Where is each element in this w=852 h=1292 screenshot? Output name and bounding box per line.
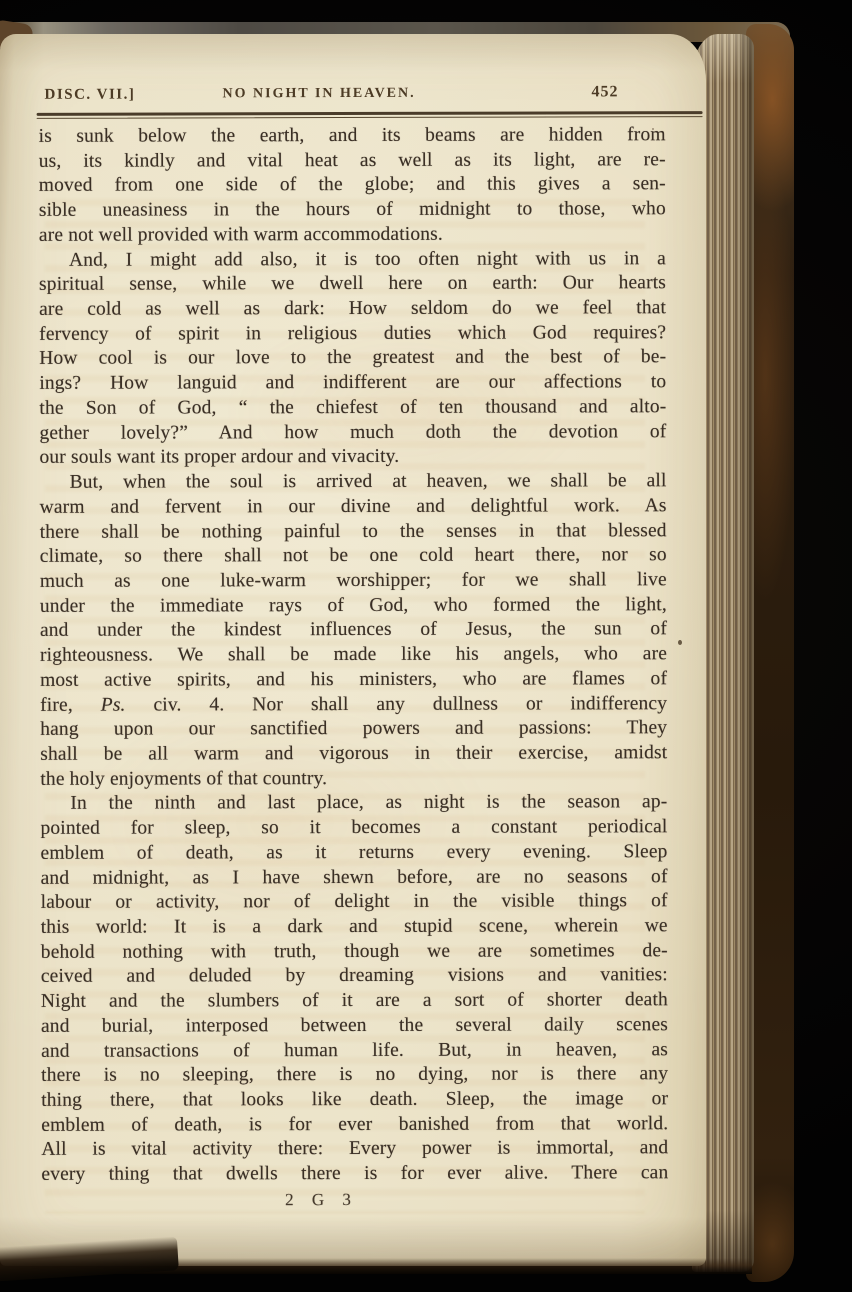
- text-line: there shall be nothing painful to the se…: [40, 519, 667, 545]
- header-discourse-label: DISC. VII.]: [45, 87, 136, 104]
- text-line: climate, so there shall not be one cold …: [40, 543, 667, 569]
- text-line: moved from one side of the globe; and th…: [39, 173, 666, 199]
- text-line: and midnight, as I have shewn before, ar…: [41, 865, 668, 891]
- text-line: All is vital activity there: Every power…: [41, 1137, 668, 1163]
- text-line: under the immediate rays of God, who for…: [40, 593, 667, 619]
- rule-thick-line: [37, 111, 703, 115]
- paper-speck: [678, 640, 682, 645]
- text-line: Night and the slumbers of it are a sort …: [41, 988, 668, 1014]
- text-line: pointed for sleep, so it becomes a const…: [40, 815, 667, 841]
- text-line: most active spirits, and his ministers, …: [40, 667, 667, 693]
- text-line: thing there, that looks like death. Slee…: [41, 1087, 668, 1113]
- text-line: In the ninth and last place, as night is…: [40, 791, 667, 817]
- text-line: sible uneasiness in the hours of midnigh…: [39, 197, 666, 223]
- signature-mark: 2 G 3: [41, 1189, 601, 1214]
- text-line: labour or activity, nor of delight in th…: [41, 889, 668, 915]
- header-page-number: 452: [592, 83, 619, 101]
- text-line: spiritual sense, while we dwell here on …: [39, 271, 666, 297]
- text-line: and transactions of human life. But, in …: [41, 1038, 668, 1064]
- text-line: warm and fervent in our divine and delig…: [40, 494, 667, 520]
- running-head: DISC. VII.] NO NIGHT IN HEAVEN. 452: [45, 85, 619, 113]
- page-content: DISC. VII.] NO NIGHT IN HEAVEN. 452 is s…: [0, 33, 708, 1267]
- text-line: much as one luke-warm worshipper; for we…: [40, 568, 667, 594]
- text-line: ings? How languid and indifferent are ou…: [39, 370, 666, 396]
- text-line: our souls want its proper ardour and viv…: [39, 445, 666, 471]
- text-line: and under the kindest influences of Jesu…: [40, 618, 667, 644]
- header-running-title: NO NIGHT IN HEAVEN.: [223, 86, 416, 103]
- text-line: every thing that dwells there is for eve…: [41, 1161, 668, 1187]
- text-line: there is no sleeping, there is no dying,…: [41, 1062, 668, 1088]
- text-line: fire, Ps. civ. 4. Nor shall any dullness…: [40, 692, 667, 718]
- text-line: gether lovely?” And how much doth the de…: [39, 420, 666, 446]
- text-line: are cold as well as dark: How seldom do …: [39, 296, 666, 322]
- text-line: emblem of death, is for ever banished fr…: [41, 1112, 668, 1138]
- text-line: this world: It is a dark and stupid scen…: [41, 914, 668, 940]
- book-page: DISC. VII.] NO NIGHT IN HEAVEN. 452 is s…: [0, 34, 706, 1266]
- header-double-rule: [37, 111, 703, 119]
- text-line: And, I might add also, it is too often n…: [39, 247, 666, 273]
- paper-speck: [652, 128, 654, 130]
- text-line: are not well provided with warm accommod…: [39, 222, 666, 248]
- text-line: But, when the soul is arrived at heaven,…: [40, 469, 667, 495]
- text-line: the Son of God, “ the chiefest of ten th…: [39, 395, 666, 421]
- text-line: fervency of spirit in religious duties w…: [39, 321, 666, 347]
- text-line: is sunk below the earth, and its beams a…: [39, 123, 666, 149]
- text-line: emblem of death, as it returns every eve…: [41, 840, 668, 866]
- text-line: righteousness. We shall be made like his…: [40, 642, 667, 668]
- text-line: ceived and deluded by dreaming visions a…: [41, 964, 668, 990]
- text-line: us, its kindly and vital heat as well as…: [39, 148, 666, 174]
- text-line: How cool is our love to the greatest and…: [39, 346, 666, 372]
- text-line: the holy enjoyments of that country.: [40, 766, 667, 792]
- rule-thin-line: [37, 116, 703, 119]
- text-line: hang upon our sanctified powers and pass…: [40, 716, 667, 742]
- book-photo-scene: DISC. VII.] NO NIGHT IN HEAVEN. 452 is s…: [0, 0, 852, 1292]
- text-line: shall be all warm and vigorous in their …: [40, 741, 667, 767]
- page-body: is sunk below the earth, and its beams a…: [39, 123, 669, 1188]
- text-line: and burial, interposed between the sever…: [41, 1013, 668, 1039]
- text-line: behold nothing with truth, though we are…: [41, 939, 668, 965]
